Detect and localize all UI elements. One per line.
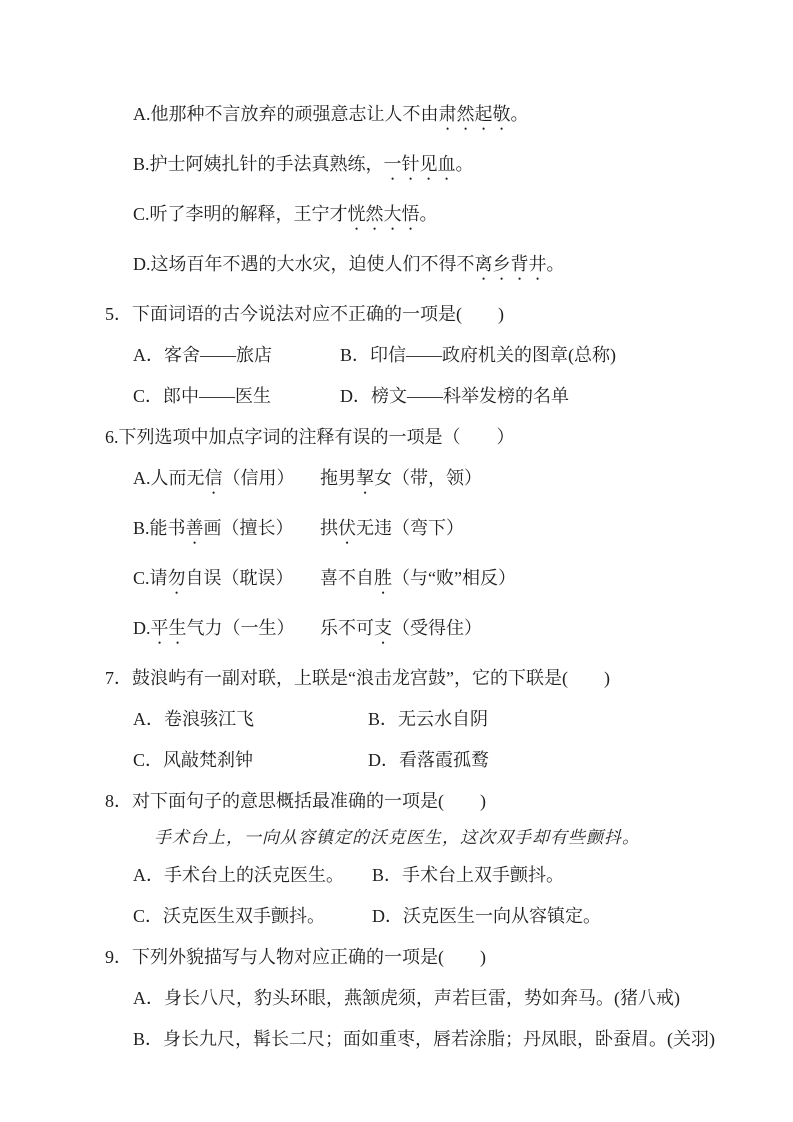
q8-option-b: B．手术台上双手颤抖。 [372,864,564,886]
q6-a-right-pre: 拖男 [320,468,356,488]
q6-b-right-emphasis: 伏 [338,518,356,538]
q7-option-d: D．看落霞孤鹜 [368,749,489,771]
q9-option-b: B．身长九尺，髯长二尺；面如重枣，唇若涂脂；丹凤眼，卧蚕眉。(关羽) [133,1028,753,1050]
q6-c-left-emphasis: 勿 [168,568,186,588]
q6-option-a: A.人而无信（信用） 拖男挈女（带，领） [133,467,753,498]
q8-quoted-sentence: 手术台上，一向从容镇定的沃克医生，这次双手却有些颤抖。 [154,827,753,849]
q5-option-b: B．印信——政府机关的图章(总称) [340,344,616,366]
q6-c-right-emphasis: 胜 [374,568,392,588]
q6-d-right-emphasis: 支 [374,618,392,638]
q6-option-c-right: 喜不自胜（与“败”相反） [320,567,516,598]
q6-b-right-pre: 拱 [320,518,338,538]
q6-b-right-note: 无违（弯下） [356,518,464,538]
q5-options-row-2: C．郎中——医生 D．榜文——科举发榜的名单 [133,385,753,407]
q4-option-d: D.这场百年不遇的大水灾，迫使人们不得不离乡背井。 [133,253,753,284]
q6-c-left-pre: C.请 [133,568,168,588]
q4-option-b-emphasis: 一针见血 [384,154,456,174]
q7-option-c: C．风敲梵刹钟 [133,749,368,771]
q8-option-a: A．手术台上的沃克医生。 [133,864,372,886]
q6-option-d: D.平生气力（一生） 乐不可支（受得住） [133,617,753,648]
q7-option-b: B．无云水自阴 [368,708,488,730]
q5-option-c: C．郎中——医生 [133,385,340,407]
exam-page: A.他那种不言放弃的顽强意志让人不由肃然起敬。 B.护士阿姨扎针的手法真熟练，一… [0,0,793,1122]
q8-options-row-1: A．手术台上的沃克医生。 B．手术台上双手颤抖。 [133,864,753,886]
q4-option-b-text: B.护士阿姨扎针的手法真熟练， [133,154,384,174]
q4-option-a-emphasis: 肃然起敬 [439,104,511,124]
q4-option-b-period: 。 [456,154,474,174]
q4-option-c-text: C.听了李明的解释，王宁才 [133,204,348,224]
q9-option-a: A．身长八尺，豹头环眼，燕颔虎须，声若巨雷，势如奔马。(猪八戒) [133,987,753,1009]
q4-option-c-emphasis: 恍然大悟 [348,204,420,224]
q6-b-left-note: 画（擅长） [204,518,294,538]
q8-options-row-2: C．沃克医生双手颤抖。 D．沃克医生一向从容镇定。 [133,905,753,927]
q6-option-a-right: 拖男挈女（带，领） [320,467,482,498]
q6-b-left-emphasis: 善 [186,518,204,538]
q6-a-right-emphasis: 挈 [356,468,374,488]
q6-c-right-note: （与“败”相反） [392,568,516,588]
q5-option-d: D．榜文——科举发榜的名单 [340,385,569,407]
q6-option-b: B.能书善画（擅长） 拱伏无违（弯下） [133,517,753,548]
q4-option-a: A.他那种不言放弃的顽强意志让人不由肃然起敬。 [133,103,753,134]
q8-option-d: D．沃克医生一向从容镇定。 [372,905,601,927]
q4-option-d-emphasis: 离乡背井 [475,254,547,274]
q7-options-row-2: C．风敲梵刹钟 D．看落霞孤鹜 [133,749,753,771]
q6-a-right-note: 女（带，领） [374,468,482,488]
q6-c-left-note: 自误（耽误） [186,568,294,588]
q7-option-a: A．卷浪骇江飞 [133,708,368,730]
q6-option-a-left: A.人而无信（信用） [133,467,320,498]
q5-stem: 5．下面词语的古今说法对应不正确的一项是( ) [105,303,753,325]
q6-d-left-note: 气力（一生） [187,618,295,638]
q6-option-b-right: 拱伏无违（弯下） [320,517,464,548]
q6-option-d-left: D.平生气力（一生） [133,617,320,648]
q6-b-left-pre: B.能书 [133,518,186,538]
q6-d-right-pre: 乐不可 [320,618,374,638]
q8-stem: 8．对下面句子的意思概括最准确的一项是( ) [105,790,753,812]
q5-options-row-1: A．客舍——旅店 B．印信——政府机关的图章(总称) [133,344,753,366]
q4-option-c: C.听了李明的解释，王宁才恍然大悟。 [133,203,753,234]
q6-a-left-emphasis: 信 [205,468,223,488]
q8-option-c: C．沃克医生双手颤抖。 [133,905,372,927]
q7-stem: 7．鼓浪屿有一副对联，上联是“浪击龙宫鼓”，它的下联是( ) [105,667,753,689]
q4-option-d-text: D.这场百年不遇的大水灾，迫使人们不得不 [133,254,475,274]
q4-option-b: B.护士阿姨扎针的手法真熟练，一针见血。 [133,153,753,184]
q4-option-a-period: 。 [511,104,529,124]
q6-option-b-left: B.能书善画（擅长） [133,517,320,548]
q6-d-left-emphasis: 平生 [151,618,187,638]
q7-options-row-1: A．卷浪骇江飞 B．无云水自阴 [133,708,753,730]
q6-a-left-pre: A.人而无 [133,468,205,488]
q5-option-a: A．客舍——旅店 [133,344,340,366]
q6-option-d-right: 乐不可支（受得住） [320,617,482,648]
q6-d-right-note: （受得住） [392,618,482,638]
q6-d-left-pre: D. [133,618,151,638]
q6-a-left-note: （信用） [223,468,295,488]
q4-option-d-period: 。 [547,254,565,274]
q6-option-c-left: C.请勿自误（耽误） [133,567,320,598]
q4-option-c-period: 。 [420,204,438,224]
q9-stem: 9．下列外貌描写与人物对应正确的一项是( ) [105,946,753,968]
q6-stem: 6.下列选项中加点字词的注释有误的一项是（ ） [105,426,753,448]
q6-c-right-pre: 喜不自 [320,568,374,588]
q4-option-a-text: A.他那种不言放弃的顽强意志让人不由 [133,104,439,124]
q6-option-c: C.请勿自误（耽误） 喜不自胜（与“败”相反） [133,567,753,598]
exam-content: A.他那种不言放弃的顽强意志让人不由肃然起敬。 B.护士阿姨扎针的手法真熟练，一… [0,0,793,1050]
